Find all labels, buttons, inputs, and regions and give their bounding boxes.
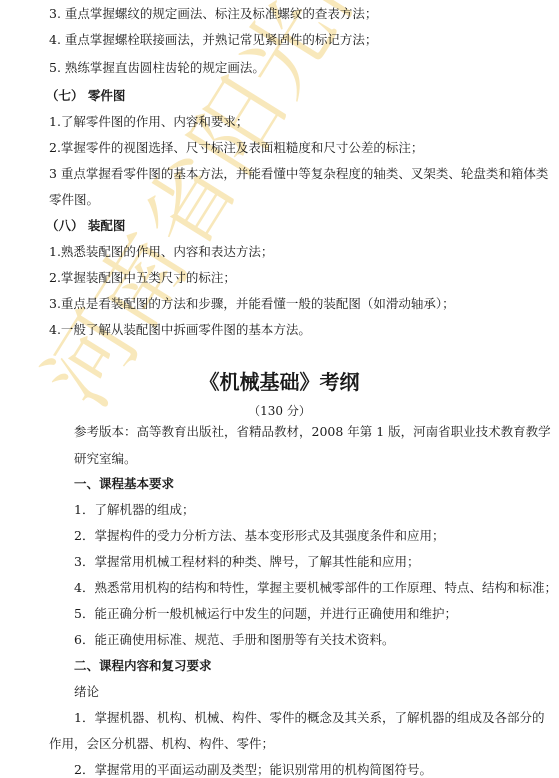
introduction-heading: 绪论 <box>74 684 99 700</box>
requirement-item: 5．能正确分析一般机械运行中发生的问题，并进行正确使用和维护； <box>74 606 457 622</box>
basic-requirements-heading: 一、课程基本要求 <box>74 476 174 492</box>
thread-item-3: 3. 重点掌握螺纹的规定画法、标注及标准螺纹的查表方法； <box>49 6 377 22</box>
reference-line-2: 研究室编。 <box>74 451 137 467</box>
parts-item-3-cont: 零件图。 <box>49 192 99 208</box>
parts-item-3: 3 重点掌握看零件图的基本方法，并能看懂中等复杂程度的轴类、叉架类、轮盘类和箱体… <box>49 166 548 182</box>
content-item: 2．掌握常用的平面运动副及类型；能识别常用的机构简图符号。 <box>74 762 432 778</box>
reference-line-1: 参考版本：高等教育出版社，省精品教材，2008 年第 1 版，河南省职业技术教育… <box>74 424 551 440</box>
parts-item-2: 2.掌握零件的视图选择、尺寸标注及表面粗糙度和尺寸公差的标注； <box>49 140 423 156</box>
assembly-item-2: 2.掌握装配图中五类尺寸的标注； <box>49 270 236 286</box>
requirement-item: 6．能正确使用标准、规范、手册和图册等有关技术资料。 <box>74 632 394 648</box>
requirement-item: 1．了解机器的组成； <box>74 502 194 518</box>
content-item-cont: 作用，会区分机器、机构、构件、零件； <box>49 736 274 752</box>
thread-item-5: 5. 熟练掌握直齿圆柱齿轮的规定画法。 <box>49 60 265 76</box>
section-heading-parts-drawing: （七） 零件图 <box>46 88 125 104</box>
section-heading-assembly-drawing: （八） 装配图 <box>46 218 125 234</box>
assembly-item-1: 1.熟悉装配图的作用、内容和表达方法； <box>49 244 273 260</box>
requirement-item: 3．掌握常用机械工程材料的种类、牌号，了解其性能和应用； <box>74 554 419 570</box>
parts-item-1: 1.了解零件图的作用、内容和要求； <box>49 114 248 130</box>
content-item: 1．掌握机器、机构、机械、构件、零件的概念及其关系，了解机器的组成及各部分的 <box>74 710 544 726</box>
content-requirements-heading: 二、课程内容和复习要求 <box>74 658 212 674</box>
thread-item-4: 4. 重点掌握螺栓联接画法，并熟记常见紧固件的标记方法； <box>49 32 377 48</box>
syllabus-title: 《机械基础》考纲 <box>0 366 559 395</box>
syllabus-score: （130 分） <box>0 402 559 419</box>
assembly-item-3: 3.重点是看装配图的方法和步骤，并能看懂一般的装配图（如滑动轴承）； <box>49 296 455 312</box>
assembly-item-4: 4.一般了解从装配图中拆画零件图的基本方法。 <box>49 322 311 338</box>
requirement-item: 2．掌握构件的受力分析方法、基本变形形式及其强度条件和应用； <box>74 528 444 544</box>
requirement-item: 4．熟悉常用机构的结构和特性，掌握主要机械零部件的工作原理、特点、结构和标准； <box>74 580 557 596</box>
